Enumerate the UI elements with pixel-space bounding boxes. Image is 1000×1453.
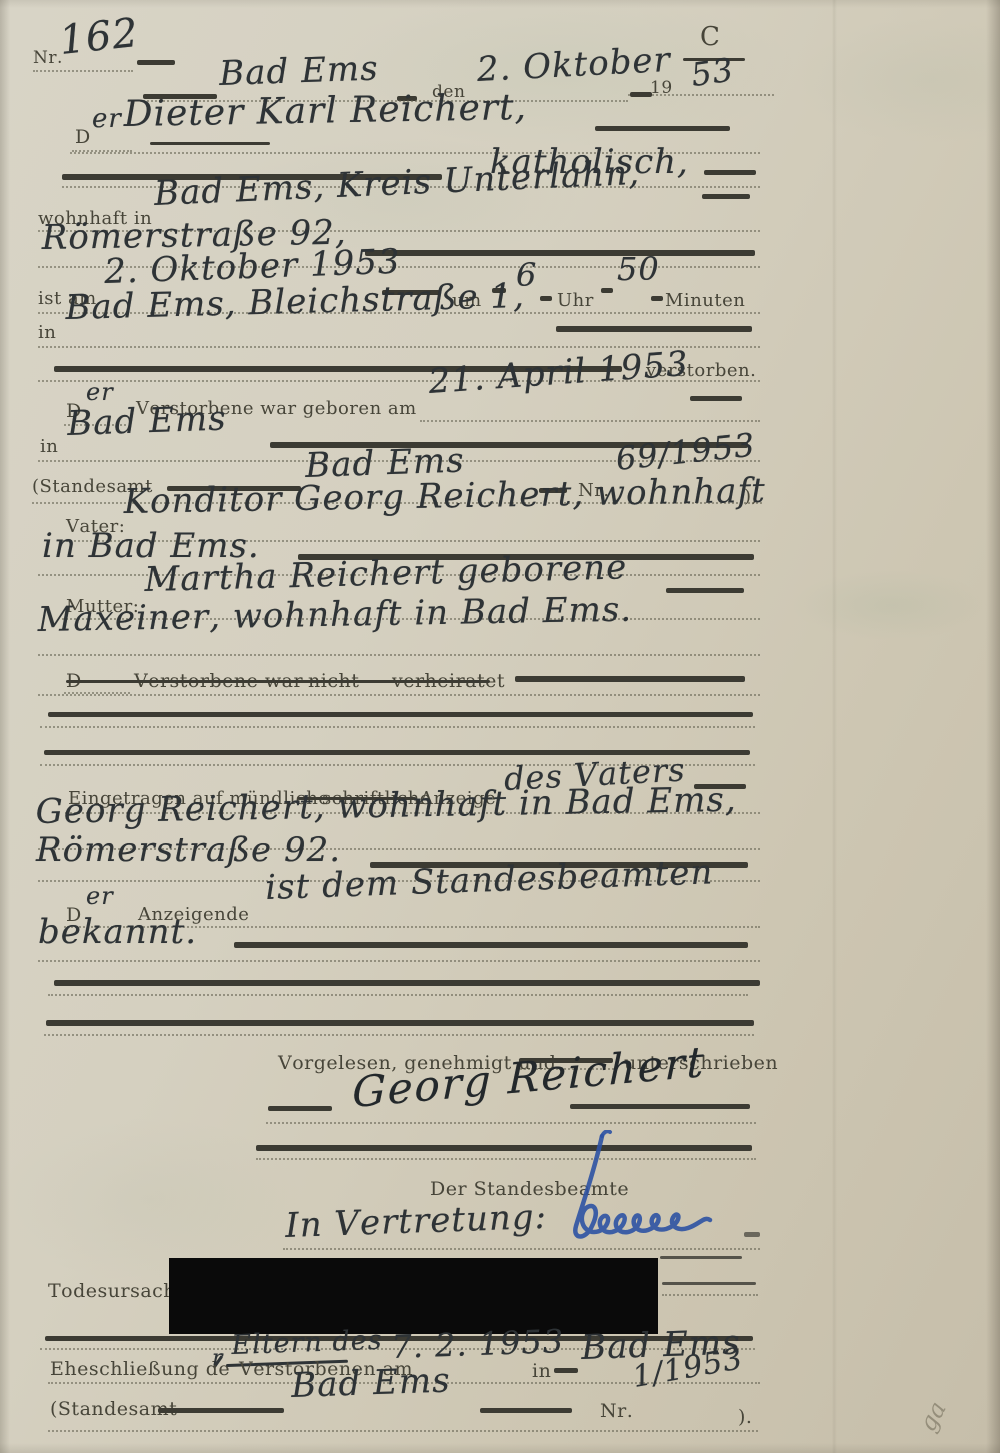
form-rule (48, 994, 748, 996)
dateline-date: 2. Oktober (476, 40, 672, 90)
ink-underline (150, 142, 270, 145)
deceased-article-printed: D (75, 126, 91, 148)
marriage-article-hand: r (212, 1346, 224, 1371)
registry-mark-letter: C (700, 22, 720, 52)
form-rule (38, 694, 760, 696)
redaction-bar (169, 1258, 658, 1334)
form-rule (132, 926, 760, 928)
pencil-note: ga (913, 1397, 952, 1436)
form-rule (48, 1430, 758, 1432)
registrar-signature-scrawl (538, 1130, 768, 1265)
birth-place-in-label: in (40, 436, 58, 457)
ink-line (365, 250, 755, 256)
form-rule (38, 960, 760, 962)
marriage-label-a: Eheschließung de (50, 1358, 230, 1380)
marriage-in-label: in (532, 1360, 551, 1382)
deceased-residence: Bad Ems, Kreis Unterlahn, (153, 153, 640, 214)
form-rule (662, 1294, 758, 1296)
known-line2: bekannt. (38, 912, 197, 952)
form-line (662, 1282, 756, 1285)
ink-dash (690, 396, 742, 401)
death-place-in-label: in (38, 322, 56, 343)
registry-mark-year: 53 (689, 50, 737, 94)
ink-line (234, 942, 748, 948)
record-number-label: Nr. (33, 48, 63, 68)
form-rule (44, 1034, 754, 1036)
death-record-scan: Nr. 162 C 53 19 Bad Ems den 2. Oktober D… (0, 0, 1000, 1453)
marriage-nr-label: Nr. (600, 1400, 633, 1422)
ink-line (54, 980, 760, 986)
form-line (660, 1256, 742, 1259)
birth-register-no: 69/1953 (614, 426, 757, 478)
ink-dash (540, 296, 552, 301)
form-rule (420, 420, 760, 422)
ink-dash (630, 92, 652, 97)
birth-date: 21. April 1953 (427, 344, 690, 402)
father-line1: Konditor Georg Reichert, wohnhaft (123, 471, 766, 522)
form-rule (266, 1122, 756, 1124)
deceased-article-hand: er (92, 104, 122, 134)
uhr-label: Uhr (557, 290, 594, 311)
reporter-line3: Römerstraße 92. (36, 830, 341, 870)
strikethrough-line (66, 680, 490, 683)
ink-dash (268, 1106, 332, 1111)
ink-dash (601, 288, 613, 293)
anzeigende-article-hand: er (86, 882, 114, 910)
ink-dash (137, 60, 175, 65)
ink-dash (744, 1232, 760, 1237)
ink-line (46, 1020, 754, 1026)
ink-dash (480, 1408, 572, 1413)
ink-dash (651, 296, 663, 301)
form-rule (38, 654, 760, 656)
form-rule (33, 70, 133, 72)
birth-place: Bad Ems (67, 398, 228, 444)
ink-dash (158, 1408, 284, 1413)
ink-dash (666, 588, 744, 593)
ink-line (48, 712, 753, 717)
marriage-insertion-hand: Eltern des (231, 1325, 383, 1361)
marriage-close-paren: ). (738, 1406, 752, 1428)
death-minute: 50 (617, 250, 660, 288)
year-prefix-label: 19 (650, 78, 673, 98)
ink-dash (570, 1104, 750, 1109)
minuten-label: Minuten (665, 290, 745, 311)
ink-dash (702, 194, 750, 199)
form-rule (283, 1248, 760, 1250)
marriage-standesamt-place: Bad Ems (291, 1360, 452, 1406)
ink-dash (554, 1368, 578, 1373)
ink-dash (595, 126, 730, 131)
ink-line (556, 326, 752, 332)
deceased-name: Dieter Karl Reichert, (123, 87, 527, 135)
ink-line (515, 676, 745, 682)
ink-dash (704, 170, 756, 175)
form-rule (40, 726, 755, 728)
record-number-value: 162 (57, 10, 141, 64)
representation-hand: In Vertretung: (285, 1197, 548, 1246)
dateline-place: Bad Ems (219, 48, 380, 94)
